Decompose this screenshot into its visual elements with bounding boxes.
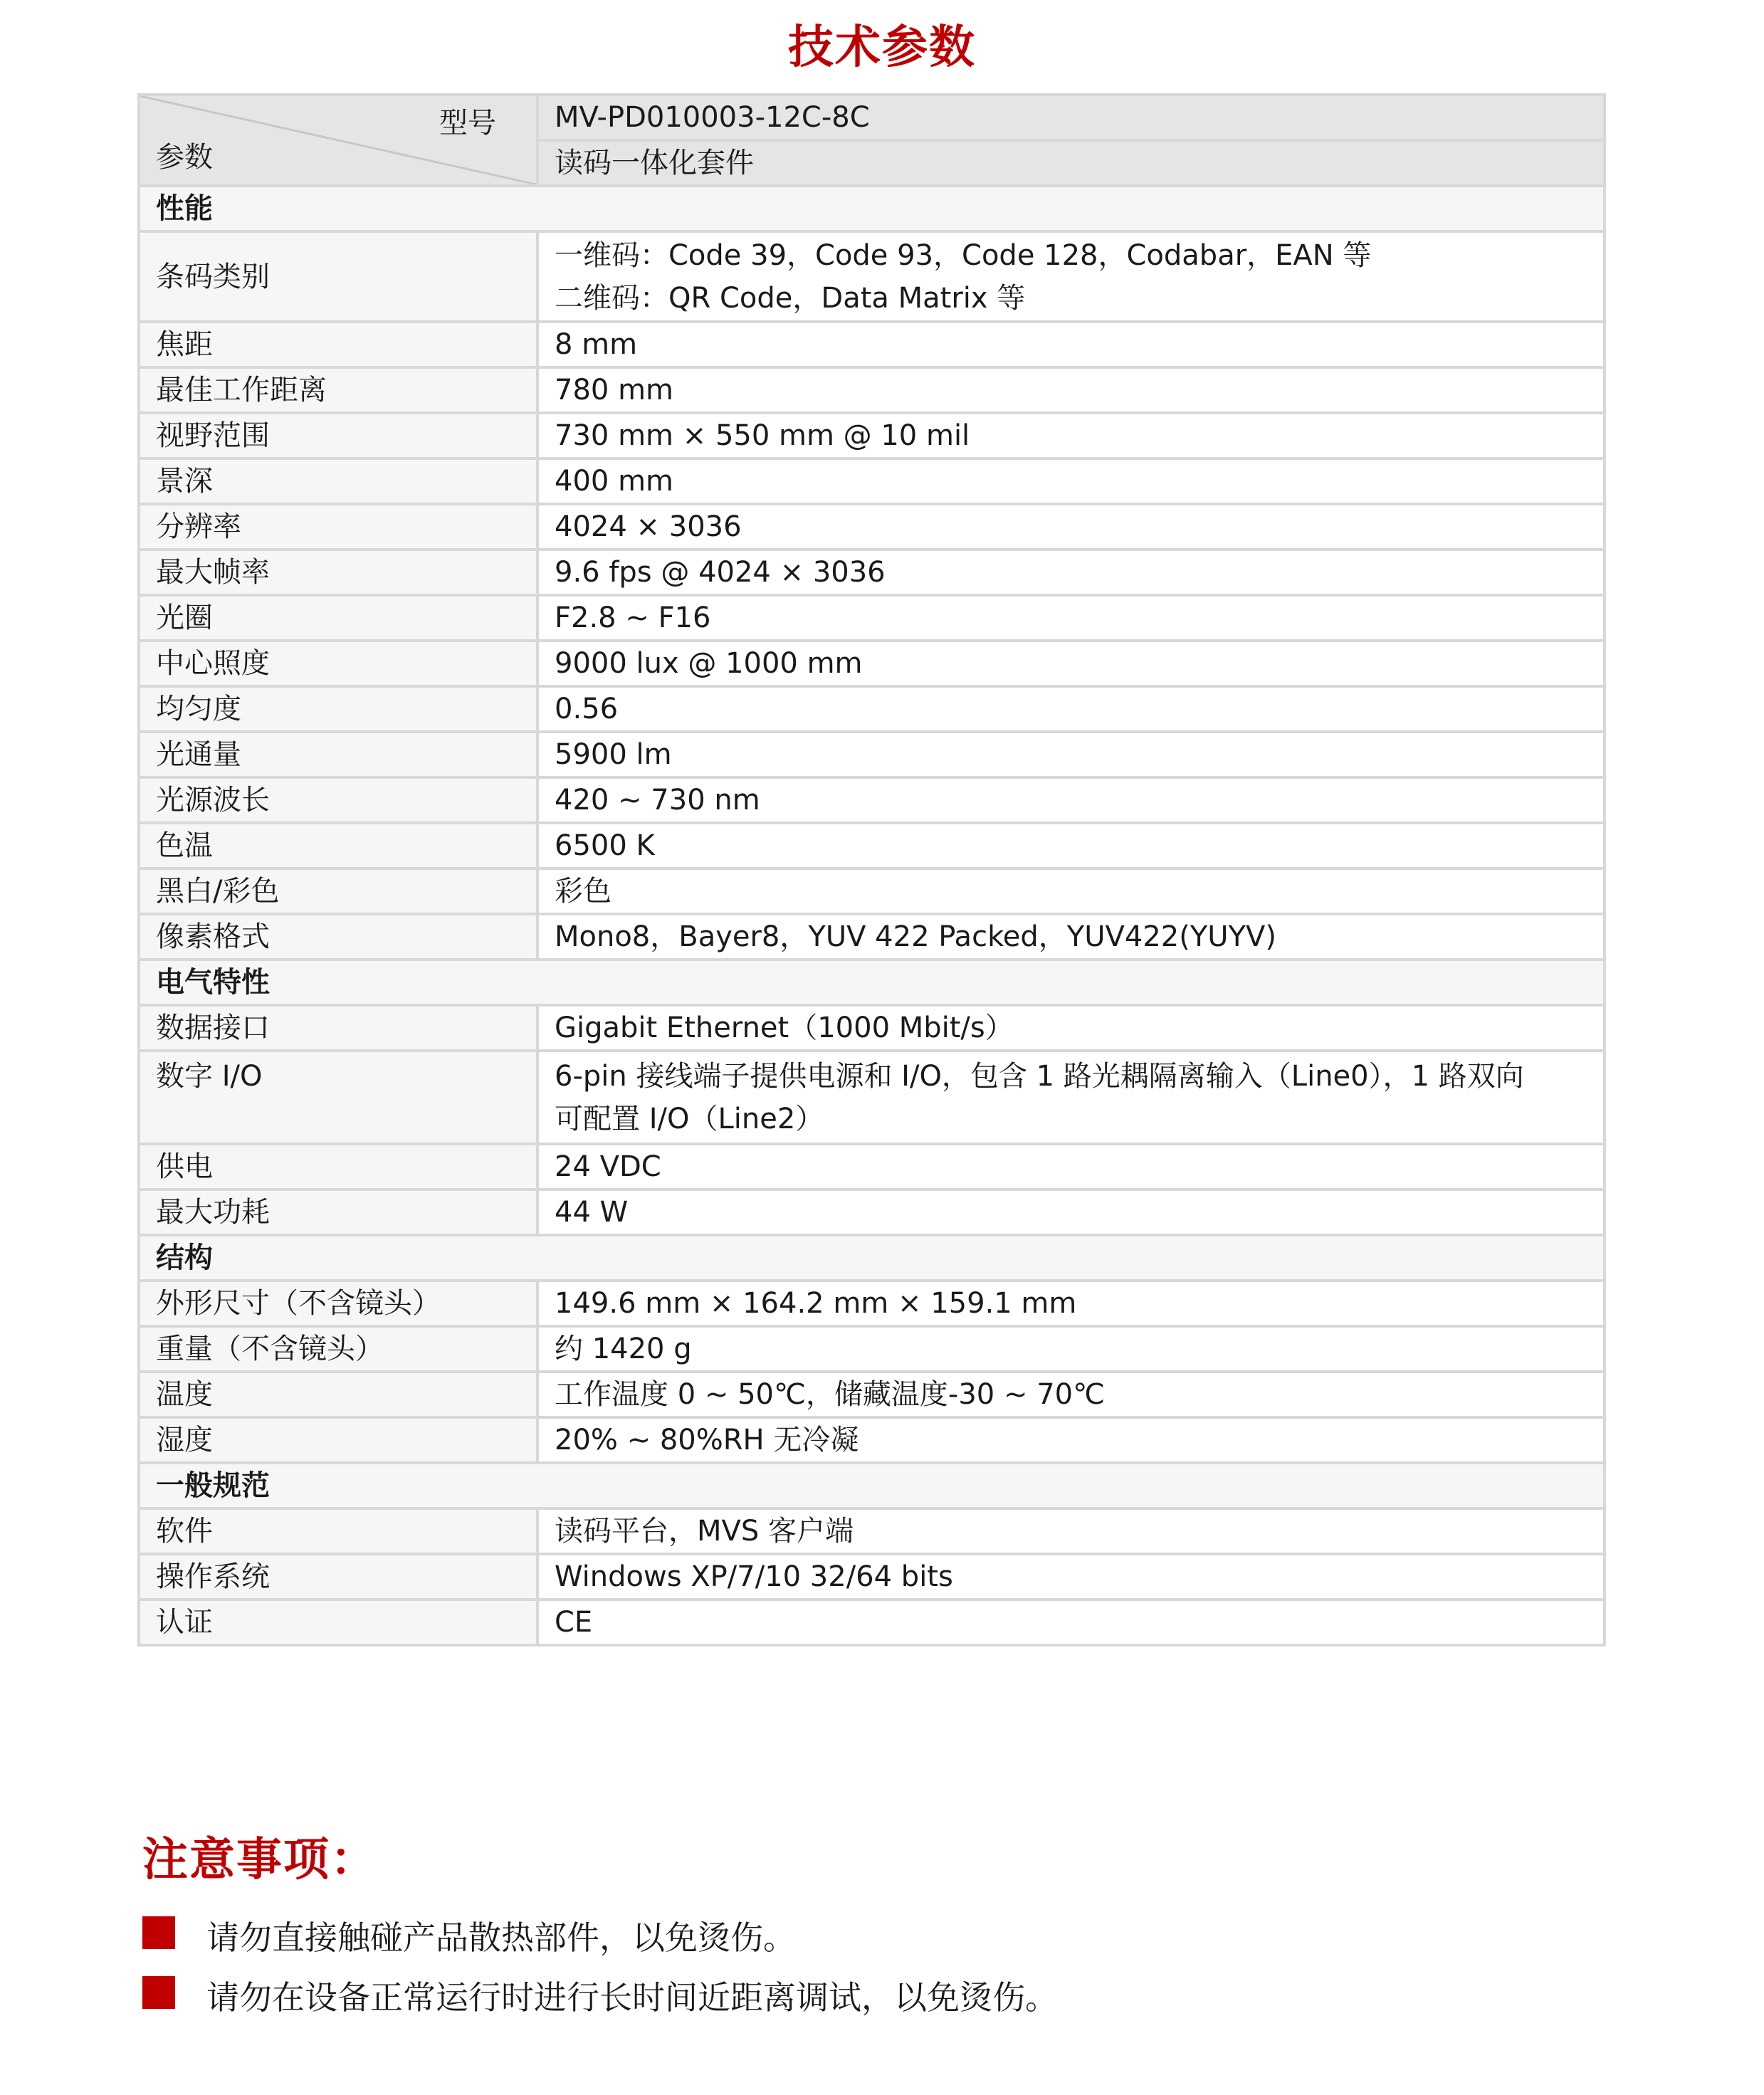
spec-value-line: 读码平台，MVS 客户端: [555, 1510, 1603, 1553]
notes-title: 注意事项：: [142, 1828, 377, 1892]
spec-value: 6-pin 接线端子提供电源和 I/O，包含 1 路光耦隔离输入（Line0），…: [537, 1051, 1605, 1144]
spec-label: 景深: [139, 458, 537, 504]
spec-value-line: 420 ~ 730 nm: [555, 779, 1603, 821]
spec-row: 焦距8 mm: [139, 322, 1605, 367]
product-value: 读码一体化套件: [537, 140, 1605, 186]
spec-value-line: 44 W: [555, 1191, 1603, 1234]
spec-label: 光通量: [139, 732, 537, 777]
spec-label: 操作系统: [139, 1554, 537, 1600]
spec-label: 最大功耗: [139, 1190, 537, 1235]
spec-value-line: CE: [555, 1601, 1603, 1644]
spec-row: 最佳工作距离780 mm: [139, 367, 1605, 413]
spec-value-line: 780 mm: [555, 369, 1603, 411]
spec-row: 视野范围730 mm × 550 mm @ 10 mil: [139, 413, 1605, 458]
spec-value-line: 6500 K: [555, 824, 1603, 867]
spec-label: 外形尺寸（不含镜头）: [139, 1281, 537, 1326]
spec-value-line: 9000 lux @ 1000 mm: [555, 642, 1603, 685]
spec-row: 重量（不含镜头）约 1420 g: [139, 1326, 1605, 1372]
spec-value-line: 6-pin 接线端子提供电源和 I/O，包含 1 路光耦隔离输入（Line0），…: [555, 1055, 1603, 1098]
spec-label: 光源波长: [139, 777, 537, 823]
spec-row: 数据接口Gigabit Ethernet（1000 Mbit/s）: [139, 1005, 1605, 1051]
spec-label: 像素格式: [139, 914, 537, 960]
corner-cell: 型号 参数: [139, 95, 537, 186]
spec-label: 认证: [139, 1600, 537, 1645]
spec-value: 6500 K: [537, 823, 1605, 868]
spec-row: 认证CE: [139, 1600, 1605, 1645]
spec-value-line: 0.56: [555, 688, 1603, 730]
spec-value-line: Gigabit Ethernet（1000 Mbit/s）: [555, 1007, 1603, 1049]
spec-row: 数字 I/O6-pin 接线端子提供电源和 I/O，包含 1 路光耦隔离输入（L…: [139, 1051, 1605, 1144]
section-row: 电气特性: [139, 960, 1605, 1005]
note-item: 请勿在设备正常运行时进行长时间近距离调试，以免烫伤。: [142, 1976, 1058, 2019]
spec-value: 一维码：Code 39，Code 93，Code 128，Codabar，EAN…: [537, 231, 1605, 322]
spec-row: 光通量5900 lm: [139, 732, 1605, 777]
spec-value-line: 约 1420 g: [555, 1328, 1603, 1370]
spec-row: 光源波长420 ~ 730 nm: [139, 777, 1605, 823]
spec-label: 湿度: [139, 1417, 537, 1463]
spec-value: 149.6 mm × 164.2 mm × 159.1 mm: [537, 1281, 1605, 1326]
spec-row: 最大帧率9.6 fps @ 4024 × 3036: [139, 550, 1605, 595]
spec-value-line: 149.6 mm × 164.2 mm × 159.1 mm: [555, 1282, 1603, 1325]
section-heading: 性能: [139, 186, 1605, 231]
corner-param-label: 参数: [156, 136, 213, 179]
spec-table: 型号 参数 MV-PD010003-12C-8C 读码一体化套件 性能条码类别一…: [137, 93, 1606, 1647]
spec-label: 视野范围: [139, 413, 537, 458]
spec-row: 分辨率4024 × 3036: [139, 504, 1605, 550]
spec-value: 读码平台，MVS 客户端: [537, 1508, 1605, 1554]
spec-value: Windows XP/7/10 32/64 bits: [537, 1554, 1605, 1600]
spec-value-line: 20% ~ 80%RH 无冷凝: [555, 1419, 1603, 1461]
spec-row: 像素格式Mono8，Bayer8，YUV 422 Packed，YUV422(Y…: [139, 914, 1605, 960]
spec-value-line: 400 mm: [555, 460, 1603, 503]
spec-row: 中心照度9000 lux @ 1000 mm: [139, 641, 1605, 686]
section-heading: 结构: [139, 1235, 1605, 1281]
spec-row: 景深400 mm: [139, 458, 1605, 504]
spec-row: 条码类别一维码：Code 39，Code 93，Code 128，Codabar…: [139, 231, 1605, 322]
page-title: 技术参数: [0, 16, 1764, 80]
section-row: 性能: [139, 186, 1605, 231]
spec-label: 最佳工作距离: [139, 367, 537, 413]
spec-value-line: 5900 lm: [555, 733, 1603, 776]
spec-row: 操作系统Windows XP/7/10 32/64 bits: [139, 1554, 1605, 1600]
spec-value-line: 彩色: [555, 870, 1603, 913]
spec-value: 780 mm: [537, 367, 1605, 413]
spec-label: 均匀度: [139, 686, 537, 732]
spec-value-line: 8 mm: [555, 323, 1603, 366]
spec-value: F2.8 ~ F16: [537, 595, 1605, 641]
spec-value: 5900 lm: [537, 732, 1605, 777]
header-row-model: 型号 参数 MV-PD010003-12C-8C: [139, 95, 1605, 140]
section-row: 结构: [139, 1235, 1605, 1281]
spec-label: 软件: [139, 1508, 537, 1554]
spec-value: 9.6 fps @ 4024 × 3036: [537, 550, 1605, 595]
spec-value-line: 一维码：Code 39，Code 93，Code 128，Codabar，EAN…: [555, 234, 1603, 277]
spec-label: 分辨率: [139, 504, 537, 550]
spec-value-line: F2.8 ~ F16: [555, 597, 1603, 639]
spec-value-line: Windows XP/7/10 32/64 bits: [555, 1555, 1603, 1598]
spec-value-line: Mono8，Bayer8，YUV 422 Packed，YUV422(YUYV): [555, 915, 1603, 958]
spec-label: 条码类别: [139, 231, 537, 322]
spec-row: 温度工作温度 0 ~ 50℃，储藏温度-30 ~ 70℃: [139, 1372, 1605, 1417]
spec-value: 400 mm: [537, 458, 1605, 504]
red-square-bullet-icon: [142, 1976, 175, 2009]
spec-value: 730 mm × 550 mm @ 10 mil: [537, 413, 1605, 458]
spec-label: 最大帧率: [139, 550, 537, 595]
model-value: MV-PD010003-12C-8C: [537, 95, 1605, 140]
spec-value: 9000 lux @ 1000 mm: [537, 641, 1605, 686]
spec-row: 均匀度0.56: [139, 686, 1605, 732]
spec-value: 彩色: [537, 868, 1605, 914]
corner-model-label: 型号: [439, 102, 496, 145]
section-heading: 一般规范: [139, 1463, 1605, 1508]
section-row: 一般规范: [139, 1463, 1605, 1508]
spec-value-line: 可配置 I/O（Line2）: [555, 1098, 1603, 1140]
spec-label: 中心照度: [139, 641, 537, 686]
spec-value: 4024 × 3036: [537, 504, 1605, 550]
spec-value: 约 1420 g: [537, 1326, 1605, 1372]
note-text: 请勿直接触碰产品散热部件，以免烫伤。: [206, 1916, 796, 1959]
spec-value-line: 24 VDC: [555, 1145, 1603, 1188]
note-item: 请勿直接触碰产品散热部件，以免烫伤。: [142, 1916, 796, 1959]
spec-value: Mono8，Bayer8，YUV 422 Packed，YUV422(YUYV): [537, 914, 1605, 960]
spec-label: 供电: [139, 1144, 537, 1190]
spec-label: 数据接口: [139, 1005, 537, 1051]
spec-row: 外形尺寸（不含镜头）149.6 mm × 164.2 mm × 159.1 mm: [139, 1281, 1605, 1326]
spec-row: 最大功耗44 W: [139, 1190, 1605, 1235]
section-heading: 电气特性: [139, 960, 1605, 1005]
spec-value: 8 mm: [537, 322, 1605, 367]
spec-value-line: 二维码：QR Code，Data Matrix 等: [555, 277, 1603, 320]
spec-row: 黑白/彩色彩色: [139, 868, 1605, 914]
spec-value-line: 9.6 fps @ 4024 × 3036: [555, 551, 1603, 594]
spec-value: 44 W: [537, 1190, 1605, 1235]
spec-row: 湿度20% ~ 80%RH 无冷凝: [139, 1417, 1605, 1463]
spec-value-line: 730 mm × 550 mm @ 10 mil: [555, 414, 1603, 457]
spec-row: 光圈F2.8 ~ F16: [139, 595, 1605, 641]
spec-row: 供电24 VDC: [139, 1144, 1605, 1190]
spec-value: 24 VDC: [537, 1144, 1605, 1190]
spec-value: CE: [537, 1600, 1605, 1645]
spec-label: 重量（不含镜头）: [139, 1326, 537, 1372]
red-square-bullet-icon: [142, 1916, 175, 1949]
spec-value: 420 ~ 730 nm: [537, 777, 1605, 823]
spec-value: 0.56: [537, 686, 1605, 732]
spec-value-line: 4024 × 3036: [555, 505, 1603, 548]
spec-value-line: 工作温度 0 ~ 50℃，储藏温度-30 ~ 70℃: [555, 1373, 1603, 1416]
spec-label: 色温: [139, 823, 537, 868]
spec-label: 数字 I/O: [139, 1051, 537, 1144]
spec-value: 工作温度 0 ~ 50℃，储藏温度-30 ~ 70℃: [537, 1372, 1605, 1417]
note-text: 请勿在设备正常运行时进行长时间近距离调试，以免烫伤。: [206, 1976, 1058, 2019]
spec-label: 温度: [139, 1372, 537, 1417]
spec-row: 软件读码平台，MVS 客户端: [139, 1508, 1605, 1554]
spec-value: 20% ~ 80%RH 无冷凝: [537, 1417, 1605, 1463]
spec-label: 黑白/彩色: [139, 868, 537, 914]
spec-label: 光圈: [139, 595, 537, 641]
spec-row: 色温6500 K: [139, 823, 1605, 868]
spec-value: Gigabit Ethernet（1000 Mbit/s）: [537, 1005, 1605, 1051]
spec-label: 焦距: [139, 322, 537, 367]
